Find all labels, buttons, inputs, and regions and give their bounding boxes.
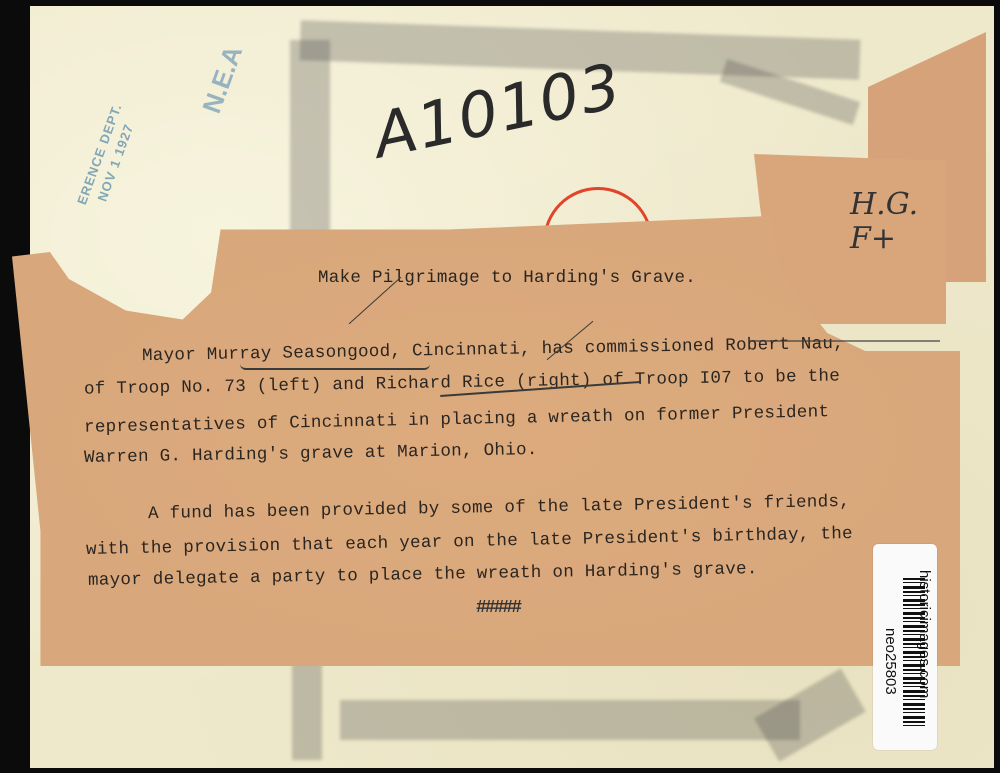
pencil-shading-bottom — [340, 700, 800, 740]
underline-seasongood — [240, 362, 430, 370]
underline-robert-nau — [750, 340, 940, 342]
label-code: neo25803 — [882, 628, 899, 695]
editor-initials: H.G. F+ — [850, 188, 950, 278]
label-site: historicimages.com — [916, 570, 933, 698]
archive-label: historicimages.com neo25803 — [873, 544, 937, 750]
pencil-shading-bottom-left — [292, 660, 322, 760]
pencil-shading-left — [290, 40, 330, 240]
caption-headline: Make Pilgrimage to Harding's Grave. — [318, 268, 696, 288]
caption-end-mark: ##### — [476, 598, 520, 618]
